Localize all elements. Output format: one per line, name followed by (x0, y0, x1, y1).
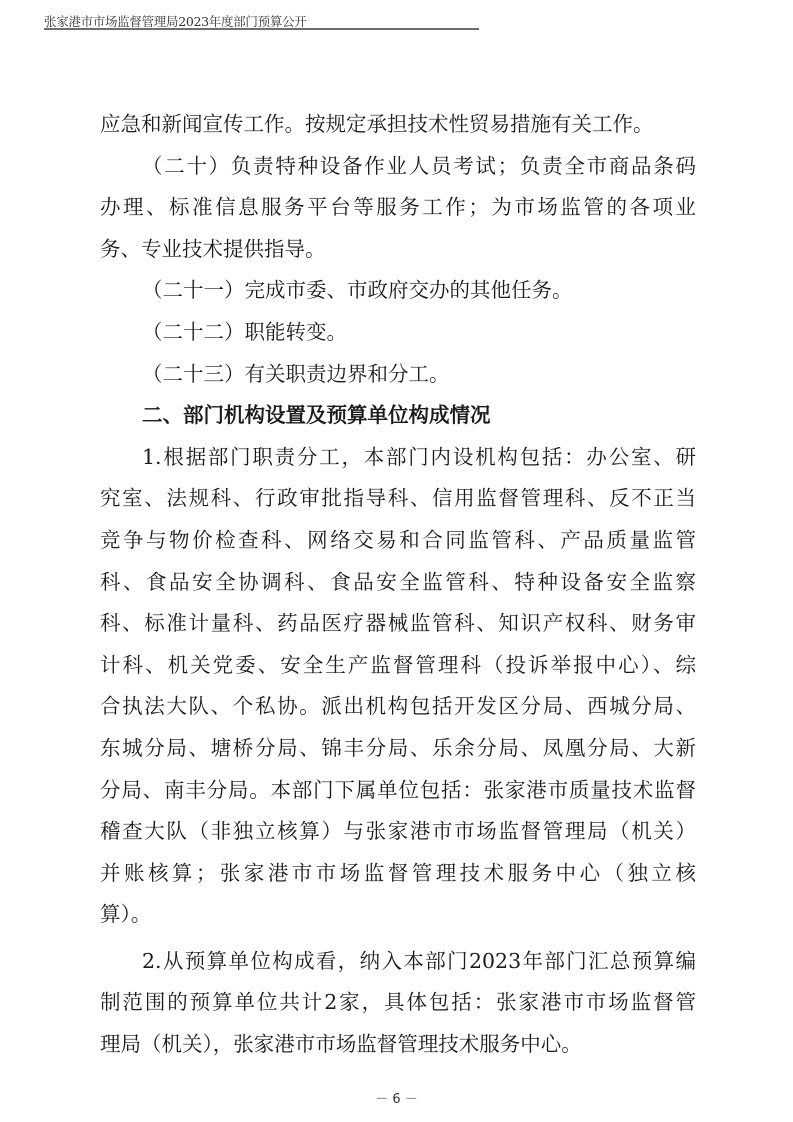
paragraph-line: 算）。 (100, 894, 696, 936)
document-body: 应急和新闻宣传工作。按规定承担技术性贸易措施有关工作。 （二十）负责特种设备作业… (100, 104, 696, 1066)
paragraph-line: （二十）负责特种设备作业人员考试；负责全市商品条码 (100, 146, 696, 188)
paragraph-line: （二十三）有关职责边界和分工。 (100, 354, 696, 396)
paragraph-line: 并账核算；张家港市市场监督管理技术服务中心（独立核 (100, 853, 696, 895)
paragraph-line: 竞争与物价检查科、网络交易和合同监管科、产品质量监管 (100, 520, 696, 562)
paragraph-line: 理局（机关），张家港市市场监督管理技术服务中心。 (100, 1024, 696, 1066)
section-heading: 二、部门机构设置及预算单位构成情况 (100, 395, 696, 437)
paragraph-line: 科、标准计量科、药品医疗器械监管科、知识产权科、财务审 (100, 603, 696, 645)
paragraph-line: 应急和新闻宣传工作。按规定承担技术性贸易措施有关工作。 (100, 104, 696, 146)
paragraph-line: （二十二）职能转变。 (100, 312, 696, 354)
paragraph-line: 计科、机关党委、安全生产监督管理科（投诉举报中心）、综 (100, 645, 696, 687)
paragraph-line: 办理、标准信息服务平台等服务工作；为市场监管的各项业 (100, 187, 696, 229)
paragraph-line: 合执法大队、个私协。派出机构包括开发区分局、西城分局、 (100, 686, 696, 728)
page-number: － 6 － (0, 1088, 793, 1107)
paragraph-line: 东城分局、塘桥分局、锦丰分局、乐余分局、凤凰分局、大新 (100, 728, 696, 770)
paragraph-line: 稽查大队（非独立核算）与张家港市市场监督管理局（机关） (100, 811, 696, 853)
paragraph-line: 分局、南丰分局。本部门下属单位包括：张家港市质量技术监督 (100, 770, 696, 812)
paragraph-line: 制范围的预算单位共计2家，具体包括：张家港市市场监督管 (100, 982, 696, 1024)
paragraph-line: 科、食品安全协调科、食品安全监管科、特种设备安全监察 (100, 562, 696, 604)
paragraph-line: （二十一）完成市委、市政府交办的其他任务。 (100, 270, 696, 312)
header-divider (44, 28, 479, 30)
paragraph-line: 2.从预算单位构成看，纳入本部门2023年部门汇总预算编 (100, 941, 696, 983)
paragraph-line: 务、专业技术提供指导。 (100, 229, 696, 271)
paragraph-line: 1.根据部门职责分工，本部门内设机构包括：办公室、研 (100, 437, 696, 479)
paragraph-line: 究室、法规科、行政审批指导科、信用监督管理科、反不正当 (100, 478, 696, 520)
